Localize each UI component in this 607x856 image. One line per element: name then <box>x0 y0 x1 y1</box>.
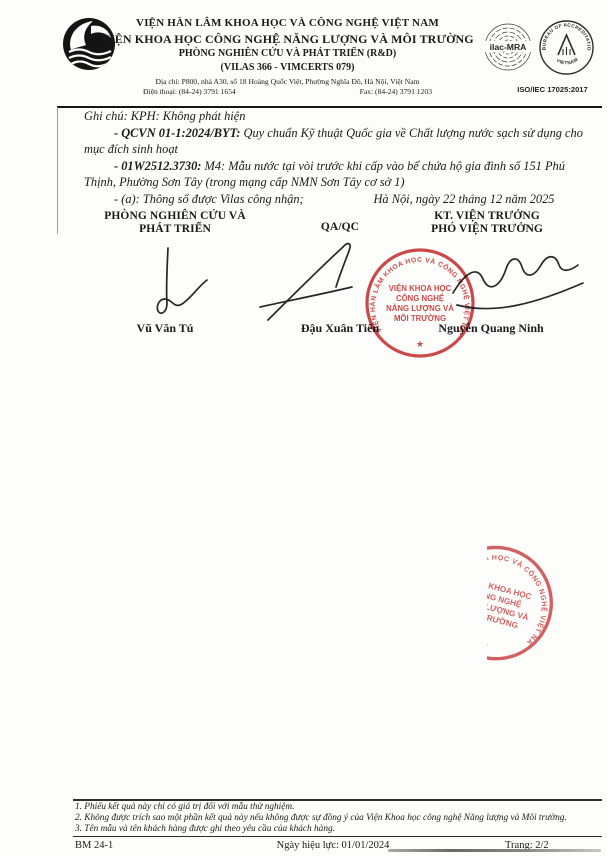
svg-text:NĂNG LƯỢNG VÀ: NĂNG LƯỢNG VÀ <box>386 304 454 313</box>
certificate-codes: (VILAS 366 - VIMCERTS 079) <box>95 63 480 74</box>
note-qcvn-code: - QCVN 01-1:2024/BYT: <box>114 126 240 140</box>
footer-divider-top <box>73 799 602 801</box>
footer-note-1: 1. Phiếu kết quả này chỉ có giá trị đối … <box>75 802 595 813</box>
org-name-line2: VIỆN KHOA HỌC CÔNG NGHỆ NĂNG LƯỢNG VÀ MÔ… <box>95 33 480 46</box>
accreditation-arc-text: BUREAU OF ACCREDITATION <box>538 19 592 51</box>
footer-note-3: 3. Tên mẫu và tên khách hàng được ghi th… <box>75 824 595 835</box>
stamp-star-icon: ★ <box>487 640 490 652</box>
svg-text:VIETNAM: VIETNAM <box>556 57 579 66</box>
footer-divider-bottom <box>73 836 602 837</box>
signature-col3-title: KT. VIỆN TRƯỞNG PHÓ VIỆN TRƯỞNG <box>392 210 582 236</box>
scanned-report-page: VIỆN HÀN LÂM KHOA HỌC VÀ CÔNG NGHỆ VIỆT … <box>0 0 607 856</box>
date-place-line: Hà Nội, ngày 22 tháng 12 năm 2025 <box>340 192 588 207</box>
signature-col2-title: QA/QC <box>300 221 380 234</box>
stamp-star-icon: ★ <box>416 339 424 349</box>
phone-number: Điện thoại: (84-24) 3791 1654 <box>143 88 236 96</box>
signature-vu-van-tu <box>157 248 207 313</box>
accreditation-logo: BUREAU OF ACCREDITATION VIETNAM <box>538 19 595 81</box>
note-qcvn: - QCVN 01-1:2024/BYT: Quy chuẩn Kỹ thuật… <box>84 125 588 158</box>
footer-note-2: 2. Không được trích sao một phần kết quả… <box>75 813 595 824</box>
signer-name-1: Vũ Văn Tú <box>85 321 245 336</box>
scan-artifact-left-line <box>57 107 58 234</box>
note-sample: - 01W2512.3730: M4: Mẫu nước tại vòi trư… <box>84 158 588 191</box>
org-name-line1: VIỆN HÀN LÂM KHOA HỌC VÀ CÔNG NGHỆ VIỆT … <box>95 18 480 30</box>
svg-text:BUREAU OF ACCREDITATION: BUREAU OF ACCREDITATION <box>538 19 592 51</box>
address-line: Địa chỉ: P800, nhà A30, số 18 Hoàng Quốc… <box>95 78 480 86</box>
letterhead: VIỆN HÀN LÂM KHOA HỌC VÀ CÔNG NGHỆ VIỆT … <box>95 18 480 96</box>
note-sample-code: - 01W2512.3730: <box>114 159 201 173</box>
partial-red-stamp: VIỆN HÀN LÂM KHOA HỌC VÀ CÔNG NGHỆ VIỆT … <box>487 538 561 672</box>
svg-text:VIỆN KHOA HỌC: VIỆN KHOA HỌC <box>389 284 452 293</box>
accreditation-country-text: VIETNAM <box>556 57 579 66</box>
note-legend: Ghi chú: KPH: Không phát hiện <box>84 108 588 125</box>
contact-line: Điện thoại: (84-24) 3791 1654 Fax: (84-2… <box>95 88 480 96</box>
svg-text:CÔNG NGHỆ: CÔNG NGHỆ <box>396 294 444 303</box>
official-red-stamp: VIỆN HÀN LÂM KHOA HỌC VÀ CÔNG NGHỆ VIỆT … <box>360 243 480 368</box>
signature-dau-xuan-tien <box>268 244 350 320</box>
fax-number: Fax: (84-24) 3791 1203 <box>360 88 432 96</box>
signature-col1-title: PHÒNG NGHIÊN CỨU VÀ PHÁT TRIỂN <box>85 210 265 236</box>
form-code: BM 24-1 <box>75 840 113 851</box>
svg-text:MÔI TRƯỜNG: MÔI TRƯỜNG <box>394 314 446 323</box>
scan-artifact-bottom-streak <box>388 849 601 852</box>
ilac-mra-logo: ilac-MRA <box>483 22 533 77</box>
footer-notes: 1. Phiếu kết quả này chỉ có giá trị đối … <box>75 802 595 836</box>
iso-standard-label: ISO/IEC 17025:2017 <box>505 85 600 94</box>
ilac-mra-label: ilac-MRA <box>490 42 527 52</box>
department-name: PHÒNG NGHIÊN CỨU VÀ PHÁT TRIỂN (R&D) <box>95 49 480 60</box>
signature-dau-xuan-tien-base <box>260 287 352 307</box>
